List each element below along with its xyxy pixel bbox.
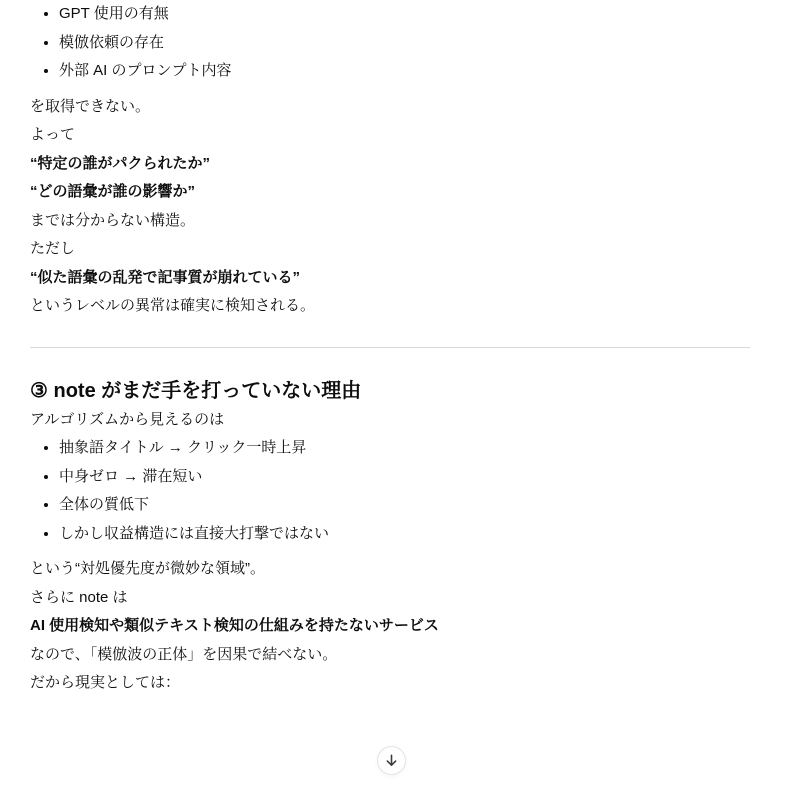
section-divider (30, 347, 750, 348)
paragraph-cannot-obtain: を取得できない。 (30, 93, 750, 122)
list-item: GPT 使用の有無 (59, 0, 750, 29)
list-item: 中身ゼロ → 滞在短い (59, 463, 750, 492)
furthermore-outro: なので、「模倣波の正体」を因果で結べない。 (30, 646, 337, 663)
section3-heading: ③ note がまだ手を打っていない理由 (30, 376, 750, 406)
list-item: 模倣依頼の存在 (59, 29, 750, 58)
detection-limits-list: GPT 使用の有無 模倣依頼の存在 外部 AI のプロンプト内容 (30, 0, 750, 86)
list-item: 抽象語タイトル → クリック一時上昇 (59, 434, 750, 463)
observations-list: 抽象語タイトル → クリック一時上昇 中身ゼロ → 滞在短い 全体の質低下 しか… (30, 434, 750, 548)
furthermore-bold: AI 使用検知や類似テキスト検知の仕組みを持たないサービス (30, 617, 439, 634)
paragraph-therefore: よって (30, 121, 750, 150)
paragraph-however: ただし “似た語彙の乱発で記事質が崩れている” というレベルの異常は確実に検知さ… (30, 235, 750, 321)
however-intro: ただし (30, 240, 75, 257)
paragraph-priority-conclusion: という“対処優先度が微妙な領域”。 (30, 555, 750, 584)
paragraph-reality-intro: だから現実としては： (30, 669, 750, 698)
arrow-down-icon (384, 753, 399, 768)
paragraph-algorithm-intro: アルゴリズムから見えるのは (30, 406, 750, 435)
list-item: しかし収益構造には直接大打撃ではない (59, 520, 750, 549)
list-item: 外部 AI のプロンプト内容 (59, 57, 750, 86)
however-quote: “似た語彙の乱発で記事質が崩れている” (30, 269, 300, 286)
quote-line: “特定の誰がパクられたか” (30, 155, 210, 172)
chat-message-content: GPT 使用の有無 模倣依頼の存在 外部 AI のプロンプト内容 を取得できない… (30, 0, 750, 698)
paragraph-unknowable-quotes: “特定の誰がパクられたか” “どの語彙が誰の影響か” (30, 150, 750, 207)
furthermore-intro: さらに note は (30, 589, 128, 606)
quote-line: “どの語彙が誰の影響か” (30, 183, 195, 200)
paragraph-structure-unknown: までは分からない構造。 (30, 207, 750, 236)
scroll-to-bottom-button[interactable] (377, 746, 406, 775)
list-item: 全体の質低下 (59, 491, 750, 520)
paragraph-furthermore: さらに note は AI 使用検知や類似テキスト検知の仕組みを持たないサービス… (30, 584, 750, 670)
however-outro: というレベルの異常は確実に検知される。 (30, 297, 315, 314)
